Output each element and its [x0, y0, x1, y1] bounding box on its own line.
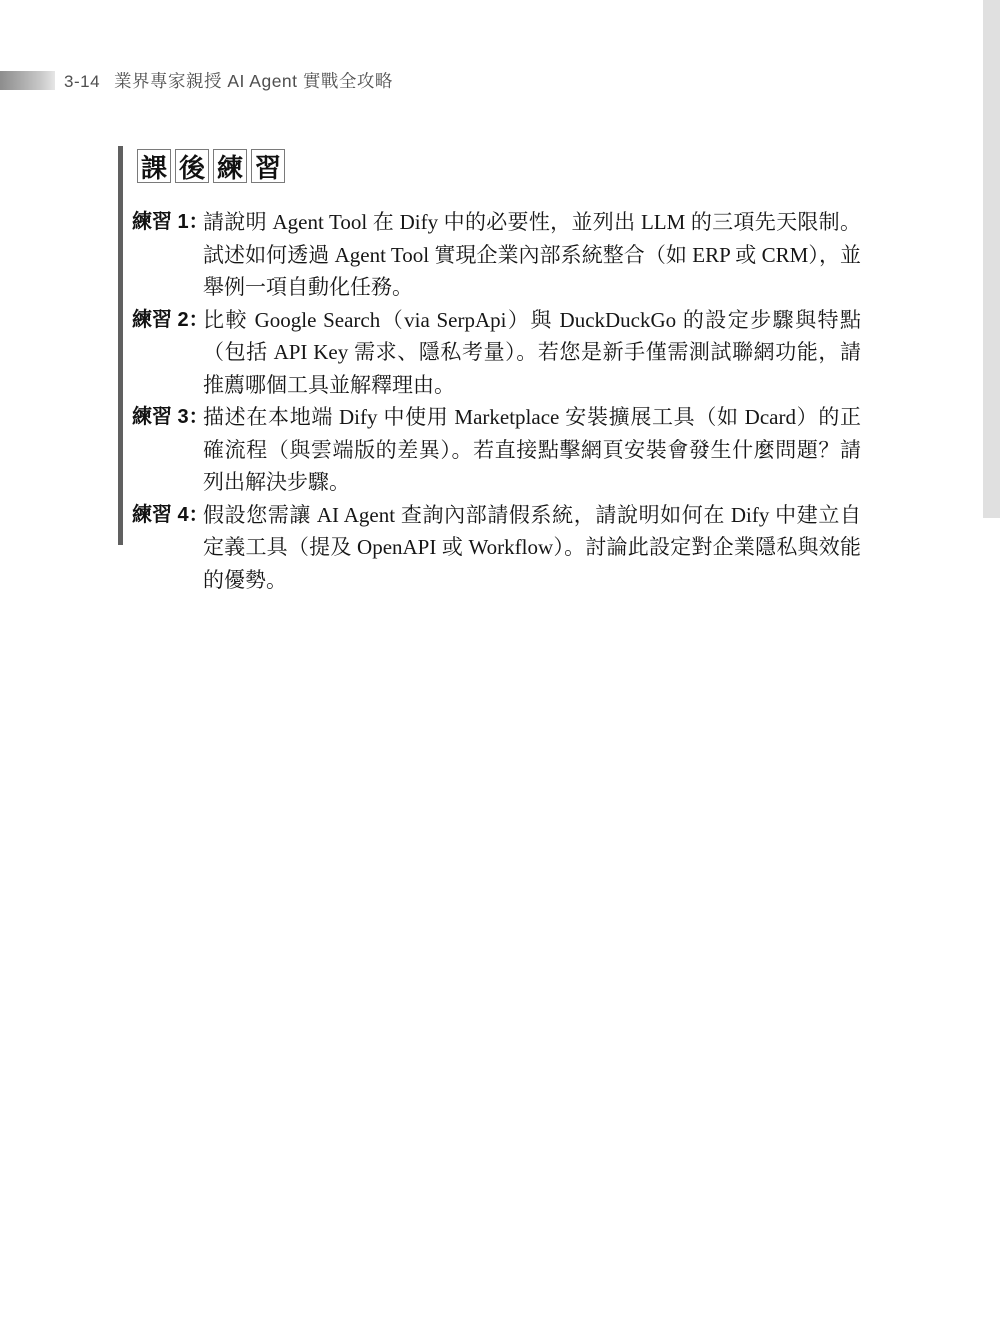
exercise-item-3: 練習 3： 描述在本地端 Dify 中使用 Marketplace 安裝擴展工具… — [132, 401, 861, 499]
section-title-char-3: 練 — [213, 149, 247, 183]
section-title-char-2: 後 — [175, 149, 209, 183]
exercise-4-label: 練習 4： — [132, 499, 203, 532]
exercise-4-text: 假設您需讓 AI Agent 查詢內部請假系統，請說明如何在 Dify 中建立自… — [203, 499, 861, 597]
section-title: 課 後 練 習 — [137, 149, 285, 183]
exercise-item-1: 練習 1： 請說明 Agent Tool 在 Dify 中的必要性，並列出 LL… — [132, 206, 861, 304]
exercise-2-label: 練習 2： — [132, 304, 203, 337]
book-page: 3-14 業界專家親授 AI Agent 實戰全攻略 課 後 練 習 練習 1：… — [0, 0, 1000, 1341]
exercise-item-4: 練習 4： 假設您需讓 AI Agent 查詢內部請假系統，請說明如何在 Dif… — [132, 499, 861, 597]
book-title: 業界專家親授 AI Agent 實戰全攻略 — [114, 71, 393, 91]
exercise-item-2: 練習 2： 比較 Google Search（via SerpApi）與 Duc… — [132, 304, 861, 402]
page-edge-tab — [983, 0, 1000, 518]
header-gradient-bar — [0, 71, 55, 90]
section-title-char-4: 習 — [251, 149, 285, 183]
exercise-3-text: 描述在本地端 Dify 中使用 Marketplace 安裝擴展工具（如 Dca… — [203, 401, 861, 499]
section-left-bar — [118, 146, 123, 545]
section-title-char-1: 課 — [137, 149, 171, 183]
exercise-list: 練習 1： 請說明 Agent Tool 在 Dify 中的必要性，並列出 LL… — [132, 206, 861, 596]
exercise-3-label: 練習 3： — [132, 401, 203, 434]
exercise-1-text: 請說明 Agent Tool 在 Dify 中的必要性，並列出 LLM 的三項先… — [203, 206, 861, 304]
exercise-2-text: 比較 Google Search（via SerpApi）與 DuckDuckG… — [203, 304, 861, 402]
exercise-1-label: 練習 1： — [132, 206, 203, 239]
page-number: 3-14 — [64, 72, 100, 91]
